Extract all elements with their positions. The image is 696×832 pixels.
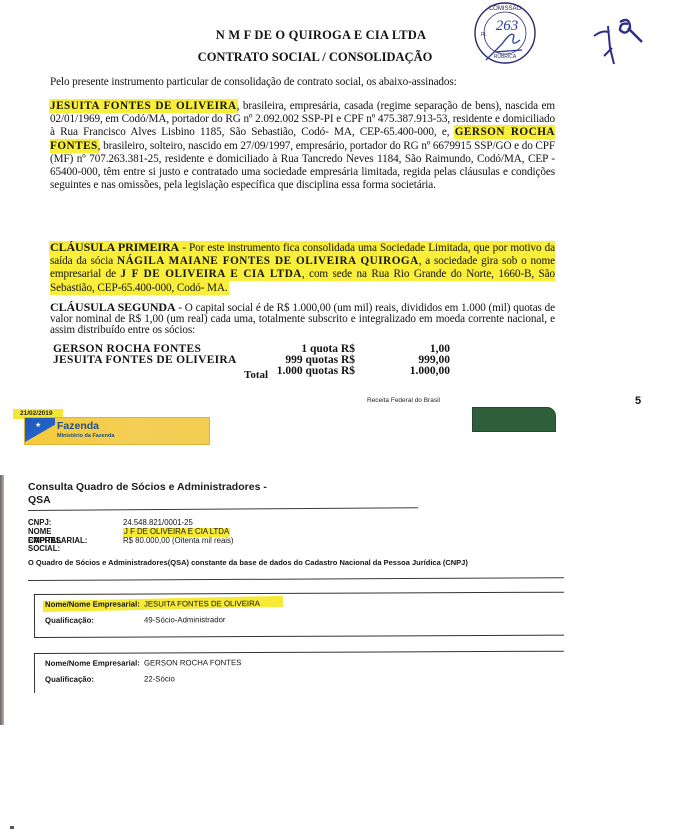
divider (28, 577, 564, 581)
clause1-heading: CLÁUSULA PRIMEIRA (50, 240, 179, 254)
svg-text:FL: FL (481, 32, 487, 38)
partner1-details-cont: , São Sebastião, Codó- MA, CEP-65.400-00… (222, 126, 455, 138)
info-value: R$ 80.000,00 (Oitenta mil reais) (123, 537, 234, 546)
quota-count: 1.000 quotas R$ (277, 366, 355, 377)
partner-name: GERSON ROCHA FONTES (144, 658, 242, 667)
partner-qualification: 22-Sócio (144, 674, 175, 683)
receita-logo-block (472, 407, 556, 432)
svg-text:COMISSÃO: COMISSÃO (489, 5, 522, 12)
svg-text:263: 263 (496, 18, 519, 34)
source-label: Receita Federal do Brasil (367, 397, 440, 404)
qsa-title-line1: Consulta Quadro de Sócios e Administrado… (28, 481, 267, 494)
partner-name-label: Nome/Nome Empresarial: (45, 600, 140, 609)
fazenda-banner: ★ Fazenda Ministério da Fazenda (24, 417, 210, 445)
divider (28, 507, 418, 511)
partner-name-label: Nome/Nome Empresarial: (45, 659, 140, 668)
partner-qual-label: Qualificação: (45, 675, 94, 684)
clause2-heading: CLÁUSULA SEGUNDA (50, 300, 176, 314)
brazil-flag-icon: ★ (25, 418, 55, 444)
partner1-name: JESUITA FONTES DE OLIVEIRA (50, 100, 237, 112)
company-heading: N M F DE O QUIROGA E CIA LTDA (176, 28, 466, 43)
receita-qsa-page: 21/02/2019 Receita Federal do Brasil 5 ★… (0, 395, 696, 735)
fazenda-subtitle: Ministério da Fazenda (57, 433, 114, 439)
partner-qual-label: Qualificação: (45, 616, 94, 625)
departing-partner: NÁGILA MAIANE FONTES DE OLIVEIRA QUIROGA (117, 255, 419, 267)
quota-holder: JESUITA FONTES DE OLIVEIRA (53, 355, 237, 366)
document-title: CONTRATO SOCIAL / CONSOLIDAÇÃO (170, 50, 460, 65)
partner-qualification: 49-Sócio-Administrador (144, 615, 226, 624)
commission-stamp-icon: COMISSÃO FL 263 RUBRICA (472, 0, 538, 66)
svg-text:RUBRICA: RUBRICA (494, 54, 517, 60)
quota-table: GERSON ROCHA FONTES 1 quota R$ 1,00 JESU… (50, 344, 610, 377)
clause-primeira: CLÁUSULA PRIMEIRA - Por este instrumento… (50, 241, 555, 295)
partner-card: Nome/Nome Empresarial: GERSON ROCHA FONT… (34, 651, 564, 693)
handwritten-initials-icon (590, 8, 650, 68)
fazenda-title: Fazenda (57, 420, 99, 432)
total-label: Total (244, 370, 268, 381)
intro-paragraph: Pelo presente instrumento particular de … (50, 76, 555, 89)
parties-paragraph: JESUITA FONTES DE OLIVEIRA, brasileira, … (50, 100, 555, 192)
company-name: J F DE OLIVEIRA E CIA LTDA (120, 268, 301, 280)
qsa-title: Consulta Quadro de Sócios e Administrado… (28, 481, 267, 507)
partner-name: JESUITA FONTES DE OLIVEIRA (144, 599, 260, 609)
contract-page: N M F DE O QUIROGA E CIA LTDA CONTRATO S… (0, 0, 696, 395)
info-label: CAPITAL SOCIAL: (28, 537, 61, 555)
clause-segunda: CLÁUSULA SEGUNDA - O capital social é de… (50, 302, 555, 336)
paper-edge (0, 475, 4, 725)
qsa-description: O Quadro de Sócios e Administradores(QSA… (28, 558, 468, 567)
qsa-title-line2: QSA (28, 494, 267, 507)
stray-mark: 5 (635, 395, 641, 407)
scan-speck (10, 826, 14, 829)
partner-card: Nome/Nome Empresarial: JESUITA FONTES DE… (34, 592, 564, 638)
quota-value: 1.000,00 (410, 366, 450, 377)
quota-total-row: Total 1.000 quotas R$ 1.000,00 (50, 366, 610, 377)
partner2-details: , brasileiro, solteiro, nascido em 27/09… (50, 140, 555, 192)
